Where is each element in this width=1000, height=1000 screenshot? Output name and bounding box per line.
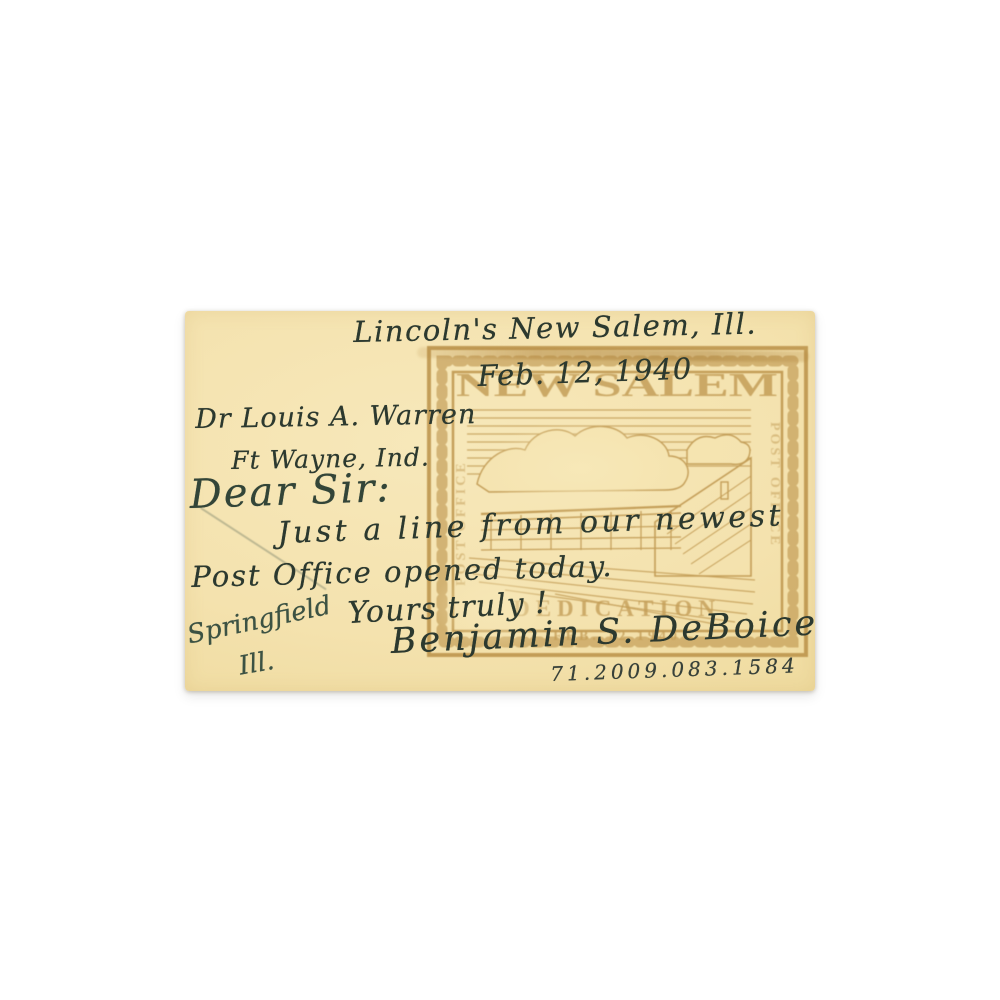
handwriting-salutation: Dear Sir: xyxy=(189,468,392,515)
handwriting-date-line: Feb. 12, 1940 xyxy=(477,355,693,391)
handwriting-place-line: Lincoln's New Salem, Ill. xyxy=(353,310,757,347)
handwriting-recipient-name: Dr Louis A. Warren xyxy=(195,401,477,433)
postcard: NEW SALEM DEDICATION FEB. 12 1940 POST O… xyxy=(185,311,815,691)
handwriting-catalog-number: 71.2009.083.1584 xyxy=(550,655,799,684)
handwriting-sender-place-2: Ill. xyxy=(237,648,276,680)
cachet-clouds xyxy=(477,426,750,492)
handwriting-sender-place-1: Springfield xyxy=(185,593,333,649)
